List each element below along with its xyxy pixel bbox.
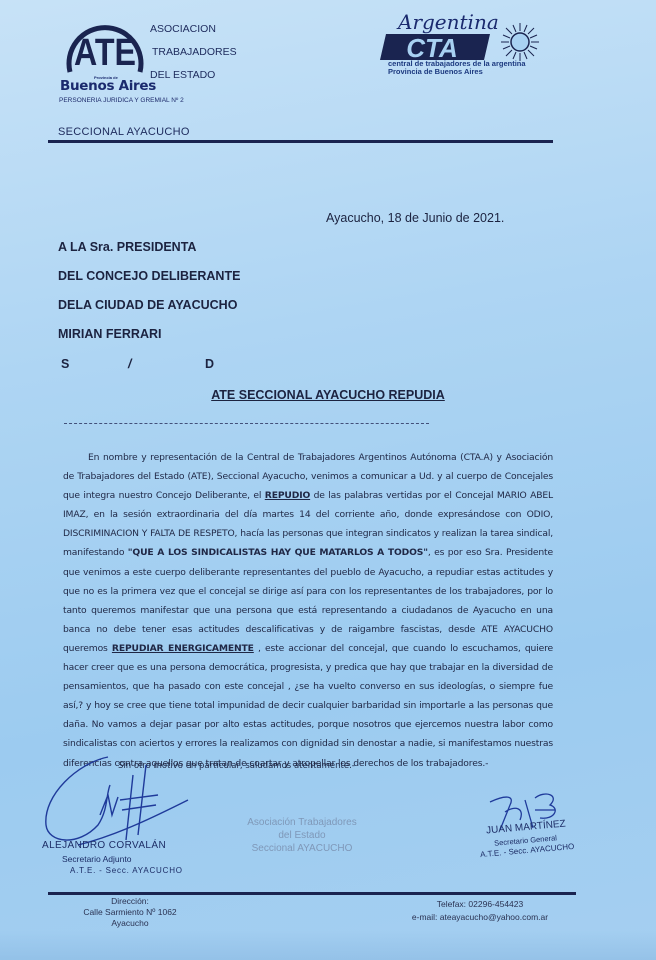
- assoc-line: TRABAJADORES: [150, 41, 237, 64]
- header-rule: [48, 140, 553, 143]
- letter-body: En nombre y representación de la Central…: [63, 448, 553, 773]
- personeria: PERSONERIA JURIDICA Y GREMIAL Nº 2: [59, 97, 184, 104]
- footer-contact: Telefax: 02296-454423 e-mail: ateayacuch…: [400, 898, 560, 924]
- dotted-divider: [64, 423, 429, 424]
- page-shadow: [0, 930, 656, 960]
- footer-address: Dirección: Calle Sarmiento Nº 1062 Ayacu…: [70, 896, 190, 929]
- stamp-line: Seccional AYACUCHO: [232, 842, 372, 855]
- body-text: , es por eso Sra. Presidente que venimos…: [63, 547, 553, 653]
- organization-stamp: Asociación Trabajadores del Estado Secci…: [232, 816, 372, 855]
- ate-logo: ATE: [62, 10, 148, 82]
- address-street: Calle Sarmiento Nº 1062: [70, 907, 190, 918]
- letter-title: ATE SECCIONAL AYACUCHO REPUDIA: [0, 388, 656, 402]
- email: e-mail: ateayacucho@yahoo.com.ar: [400, 911, 560, 924]
- assoc-line: ASOCIACION: [150, 18, 237, 41]
- svg-text:CTA: CTA: [406, 33, 458, 62]
- repudio-emphasis: REPUDIO: [265, 490, 310, 501]
- sd-d: D: [205, 357, 214, 371]
- quote-emphasis: "QUE A LOS SINDICALISTAS HAY QUE MATARLO…: [128, 547, 428, 558]
- address-city: Ayacucho: [70, 918, 190, 929]
- recipient-line: MIRIAN FERRARI: [58, 327, 161, 341]
- signer-left-org: A.T.E. - Secc. AYACUCHO: [70, 866, 183, 875]
- recipient-line: A LA Sra. PRESIDENTA: [58, 240, 196, 254]
- footer-rule: [48, 892, 576, 895]
- body-text: , este accionar del concejal, que cuando…: [63, 643, 553, 769]
- address-label: Dirección:: [70, 896, 190, 907]
- cta-sub-line: Provincia de Buenos Aires: [388, 68, 526, 76]
- signature-left-scribble: [38, 755, 198, 850]
- sd-slash: /: [128, 357, 131, 371]
- repudiar-emphasis: REPUDIAR ENERGICAMENTE: [112, 643, 254, 654]
- recipient-line: DELA CIUDAD DE AYACUCHO: [58, 298, 237, 312]
- sun-icon: [501, 23, 539, 61]
- cta-logo: CTA: [380, 12, 560, 62]
- recipient-line: DEL CONCEJO DELIBERANTE: [58, 269, 240, 283]
- cta-subtitle: central de trabajadores de la argentina …: [388, 60, 526, 76]
- signer-left-name: ALEJANDRO CORVALÁN: [42, 840, 166, 851]
- stamp-line: del Estado: [232, 829, 372, 842]
- signer-left-role: Secretario Adjunto: [62, 854, 131, 864]
- assoc-line: DEL ESTADO: [150, 64, 237, 87]
- letter-date: Ayacucho, 18 de Junio de 2021.: [326, 211, 504, 225]
- province-name: Buenos Aires: [60, 78, 156, 94]
- stamp-line: Asociación Trabajadores: [232, 816, 372, 829]
- seccional-label: SECCIONAL AYACUCHO: [58, 126, 190, 138]
- telefax: Telefax: 02296-454423: [400, 898, 560, 911]
- sd-s: S: [61, 357, 69, 371]
- svg-text:ATE: ATE: [74, 32, 136, 74]
- association-name: ASOCIACION TRABAJADORES DEL ESTADO: [150, 18, 237, 87]
